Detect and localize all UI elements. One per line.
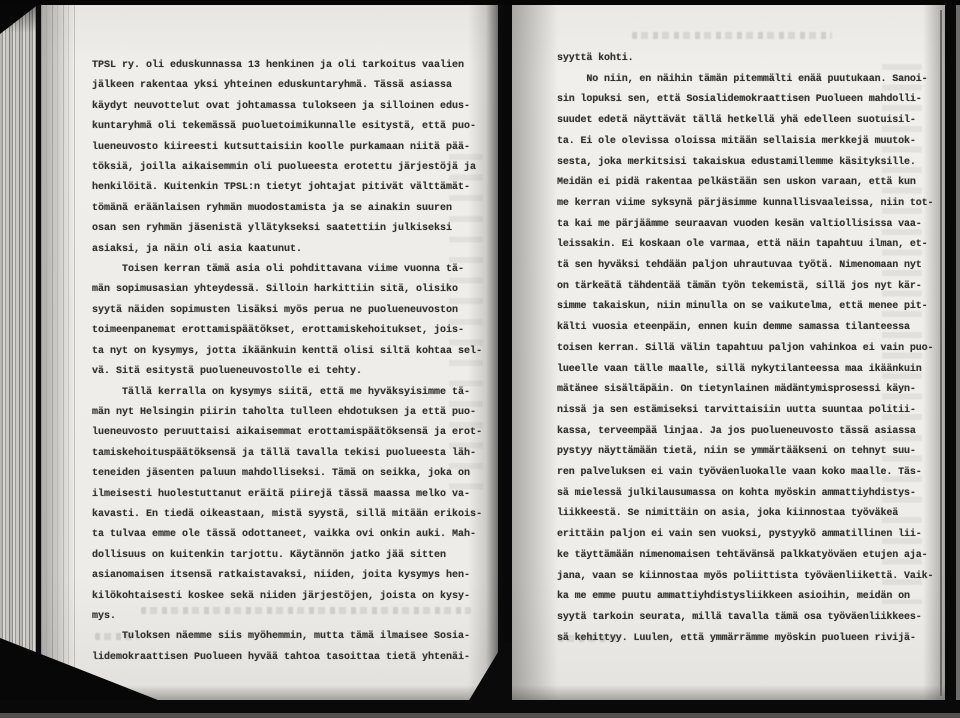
text-line: erittäin paljon ei vain sen vuoksi, pyst… [557,525,933,546]
text-line: leissakin. Ei koskaan ole varmaa, että n… [557,235,933,256]
text-line: asiaksi, ja näin oli asia kaatunut. [92,240,482,260]
text-line: simme takaiskun, niin minulla on se vaik… [557,297,933,318]
text-line: sä mielessä julkilausumassa on kohta myö… [557,484,933,505]
text-line: mätänee sisältäpäin. On tietynlainen mäd… [557,380,933,401]
text-line: mys. [92,607,482,627]
text-line: män nyt Helsingin piirin taholta tulleen… [92,403,482,423]
text-line: kälti vuosia eteenpäin, ennen kuin demme… [557,318,933,339]
text-line: ta tulvaa emme ole tässä odottaneet, vai… [92,525,482,545]
text-line: ta. Ei ole olevissa oloissa mitään sella… [557,132,933,153]
text-line: vä. Sitä esitystä puolueneuvostolle ei t… [92,362,482,382]
text-line: lueneuvosto kiireesti kutsuttaisiin kool… [92,138,482,158]
left-page: TPSL ry. oli eduskunnassa 13 henkinen ja… [41,4,498,701]
text-line: asianomaisen itsensä ratkaistavaksi, nii… [92,566,482,586]
text-line: suudet edetä näyttävät tällä hetkellä yh… [557,111,933,132]
text-line: män sopimusasian yhteydessä. Silloin har… [92,280,482,300]
text-line: tömänä eräänlaisen ryhmän muodostamista … [92,199,482,219]
text-line: ilmeisesti huolestuttanut eräitä piirejä… [92,485,482,505]
scan-border-bottom [0,713,960,718]
text-line: tä sen hyväksi tehdään paljon uhrautuvaa… [557,256,933,277]
text-line: Meidän ei pidä rakentaa pelkästään sen u… [557,173,933,194]
text-line: on tärkeätä tähdentää tämän työn tekemis… [557,277,933,298]
text-line: ka me emme puutu ammattiyhdistysliikkeen… [557,587,933,608]
text-line: henkilöitä. Kuitenkin TPSL:n tietyt joht… [92,178,482,198]
text-line: kuntaryhmä oli tekemässä puoluetoimikunn… [92,117,482,137]
bleed-through-smudge [632,32,832,39]
text-line: No niin, en näihin tämän pitemmälti enää… [557,70,933,91]
text-line: sin lopuksi sen, että Sosialidemokraatti… [557,90,933,111]
text-line: syytä tarkoin seurata, millä tavalla täm… [557,608,933,629]
text-line: TPSL ry. oli eduskunnassa 13 henkinen ja… [92,56,482,76]
text-line: jälkeen rakentaa yksi yhteinen eduskunta… [92,76,482,96]
text-line: kassa, terveempää linjaa. Ja jos puoluen… [557,422,933,443]
text-line: Toisen kerran tämä asia oli pohdittavana… [92,260,482,280]
text-line: toimeenpanemat erottamispäätökset, erott… [92,321,482,341]
text-line: pystyy näyttämään tietä, niin se ymmärtä… [557,442,933,463]
scan-border-top [0,0,960,5]
text-line: ta nyt on kysymys, jotta ikäänkuin kentt… [92,342,482,362]
text-line: osan sen ryhmän jäsenistä yllätykseksi s… [92,219,482,239]
text-line: lueneuvosto peruuttaisi aikaisemmat erot… [92,423,482,443]
text-line: lueelle vaan tälle maalle, sillä nykytil… [557,360,933,381]
text-line: lidemokraattisen Puolueen hyvää tahtoa t… [92,648,482,668]
text-line: tamiskehoituspäätöksensä ja tällä tavall… [92,444,482,464]
text-line: kilökohtaisesti koskee sekä niiden järje… [92,587,482,607]
text-line: me kerran viime syksynä pärjäsimme kunna… [557,194,933,215]
text-line: liikkeestä. Se nimittäin on asia, joka k… [557,504,933,525]
book-cover-edge-right [945,0,956,718]
right-page-edge-line [940,10,942,696]
text-line: sesta, joka merkitsisi takaiskua edustam… [557,153,933,174]
scan-border-right [956,0,960,718]
text-line: jana, vaan se kiinnostaa myös poliittist… [557,567,933,588]
text-line: töksiä, joilla aikaisemmin oli puolueest… [92,158,482,178]
text-line: teneiden jäsenten paluun mahdolliseksi. … [92,464,482,484]
text-line: nissä ja sen estämiseksi tarvittaisiin u… [557,401,933,422]
text-line: ta kai me pärjäämme seuraavan vuoden kes… [557,215,933,236]
text-line: Tuloksen näemme siis myöhemmin, mutta tä… [92,627,482,647]
text-line: toisen kerran. Sillä välin tapahtuu palj… [557,339,933,360]
text-line: ren palveluksen ei vain työväenluokalle … [557,463,933,484]
text-line: sä kehittyy. Luulen, että ymmärrämme myö… [557,629,933,650]
scanned-book-spread: TPSL ry. oli eduskunnassa 13 henkinen ja… [0,0,960,718]
left-page-text: TPSL ry. oli eduskunnassa 13 henkinen ja… [92,56,482,668]
text-line: dollisuus on kuitenkin tarjottu. Käytänn… [92,546,482,566]
text-line: ke täyttämään nimenomaisen tehtävänsä pa… [557,546,933,567]
text-line: käydyt neuvottelut ovat johtamassa tulok… [92,97,482,117]
text-line: Tällä kerralla on kysymys siitä, että me… [92,383,482,403]
text-line: kavasti. En tiedä oikeastaan, mistä syys… [92,505,482,525]
right-page: syyttä kohti. No niin, en näihin tämän p… [512,4,945,701]
book-bottom-edge [0,700,960,713]
text-line: syyttä kohti. [557,49,933,70]
right-page-text: syyttä kohti. No niin, en näihin tämän p… [557,49,933,649]
text-line: syytä näiden sopimusten lisäksi myös per… [92,301,482,321]
